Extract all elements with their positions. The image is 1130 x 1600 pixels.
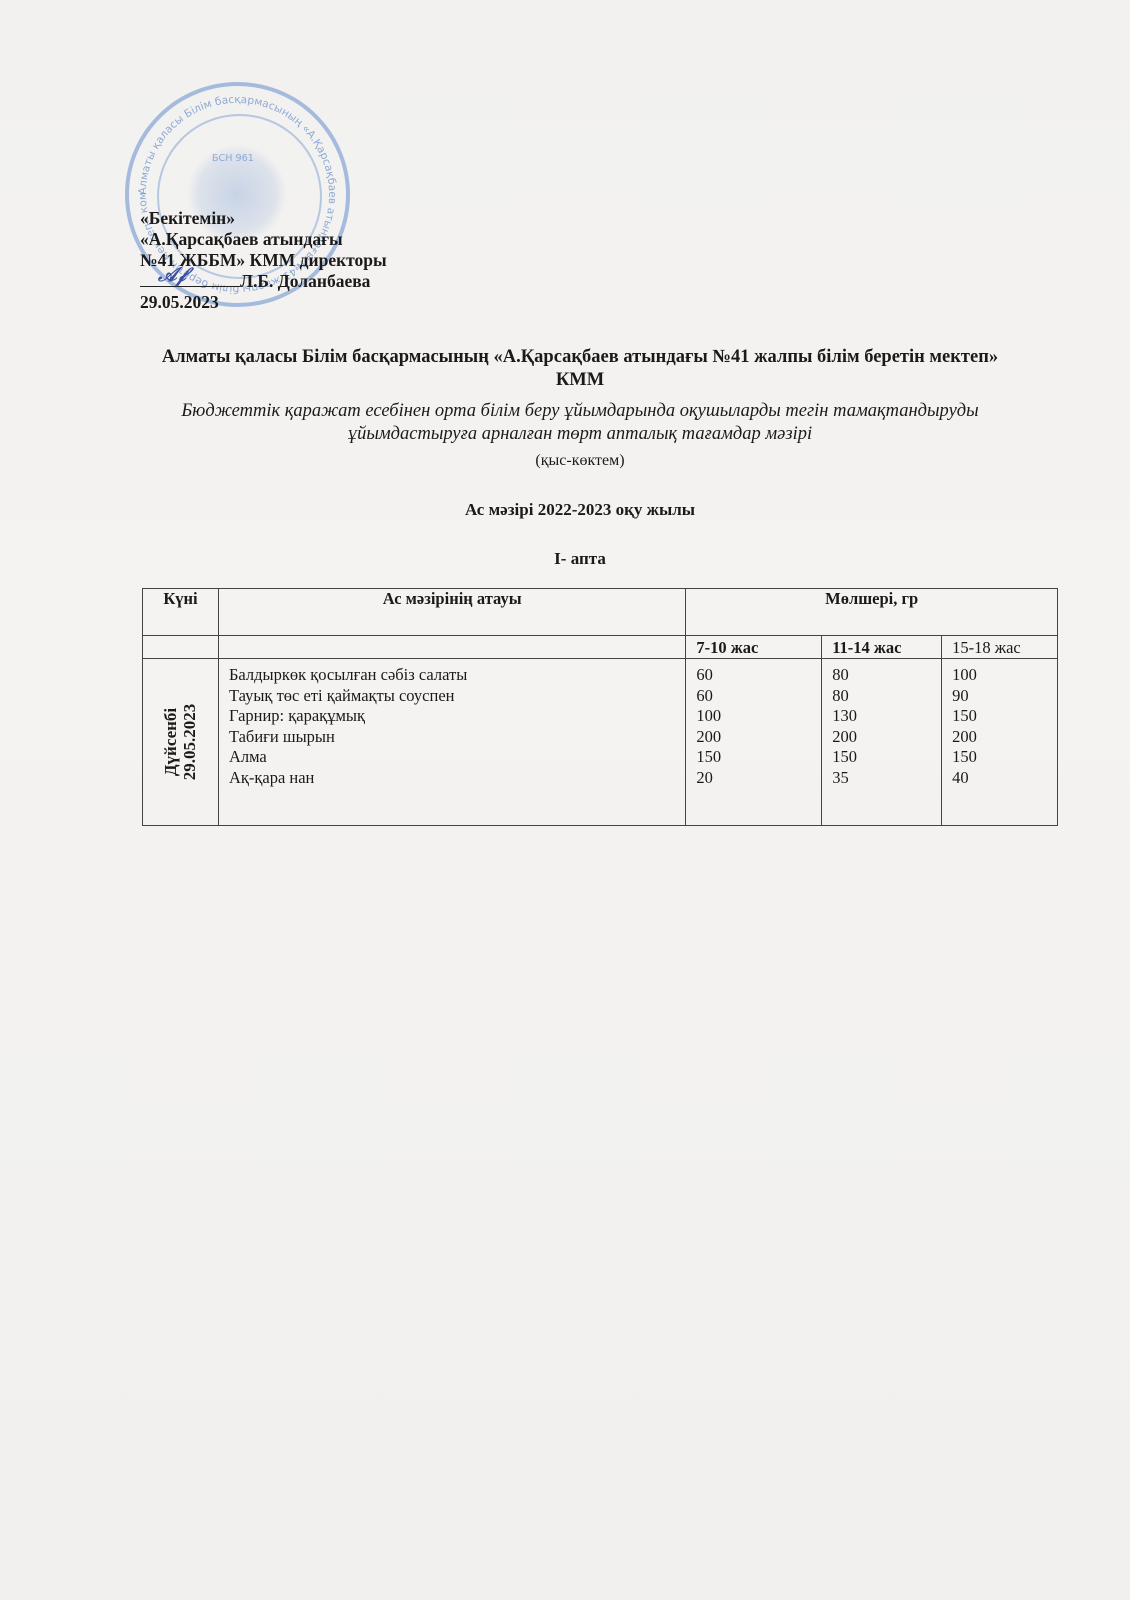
empty-cell <box>143 636 219 659</box>
table-row: Дүйсенбі 29.05.2023 Балдыркөк қосылған с… <box>143 659 1058 826</box>
amount-value: 200 <box>832 727 941 748</box>
column-header-amount: Мөлшері, гр <box>686 589 1058 636</box>
signature: 𝒜𝒻 <box>140 272 240 287</box>
amount-value: 80 <box>832 665 941 686</box>
amount-value: 60 <box>696 686 821 707</box>
amount-value: 130 <box>832 706 941 727</box>
amount-value: 150 <box>952 747 1057 768</box>
age-group-7-10: 7-10 жас <box>686 636 822 659</box>
age-group-15-18: 15-18 жас <box>942 636 1058 659</box>
approval-block: «Бекітемін» «А.Қарсақбаев атындағы №41 Ж… <box>140 208 387 313</box>
academic-year-title: Ас мәзірі 2022-2023 оқу жылы <box>140 500 1020 520</box>
amount-value: 100 <box>952 665 1057 686</box>
organization-title: Алматы қаласы Білім басқармасының «А.Қар… <box>140 346 1020 392</box>
approval-title: «Бекітемін» <box>140 208 387 229</box>
table-subheader-row: 7-10 жас 11-14 жас 15-18 жас <box>143 636 1058 659</box>
amounts-15-18-cell: 100 90 150 200 150 40 <box>942 659 1058 826</box>
amount-value: 200 <box>952 727 1057 748</box>
signatory-name: Л.Б. Доланбаева <box>240 271 370 291</box>
amount-value: 40 <box>952 768 1057 789</box>
day-name: Дүйсенбі <box>161 704 180 781</box>
age-group-11-14: 11-14 жас <box>822 636 942 659</box>
week-label: І- апта <box>140 549 1020 569</box>
amount-value: 150 <box>832 747 941 768</box>
day-cell: Дүйсенбі 29.05.2023 <box>143 659 219 826</box>
dish-item: Гарнир: қарақұмық <box>229 706 685 727</box>
svg-text:БСН 961: БСН 961 <box>212 153 254 164</box>
amount-value: 200 <box>696 727 821 748</box>
approval-signature-line: 𝒜𝒻Л.Б. Доланбаева <box>140 271 387 292</box>
amounts-7-10-cell: 60 60 100 200 150 20 <box>686 659 822 826</box>
dish-item: Табиғи шырын <box>229 727 685 748</box>
menu-subtitle: Бюджеттік қаражат есебінен орта білім бе… <box>140 400 1020 446</box>
amount-value: 20 <box>696 768 821 789</box>
approval-school: «А.Қарсақбаев атындағы <box>140 229 387 250</box>
dish-item: Алма <box>229 747 685 768</box>
amount-value: 150 <box>696 747 821 768</box>
dish-item: Ақ-қара нан <box>229 768 685 789</box>
column-header-menu: Ас мәзірінің атауы <box>218 589 685 636</box>
document-page: Алматы қаласы Білім басқармасының «А.Қар… <box>0 0 1130 1600</box>
amounts-11-14-cell: 80 80 130 200 150 35 <box>822 659 942 826</box>
amount-value: 150 <box>952 706 1057 727</box>
dish-item: Балдыркөк қосылған сәбіз салаты <box>229 665 685 686</box>
dishes-cell: Балдыркөк қосылған сәбіз салаты Тауық тө… <box>218 659 685 826</box>
amount-value: 60 <box>696 665 821 686</box>
column-header-day: Күні <box>143 589 219 636</box>
approval-date: 29.05.2023 <box>140 292 387 313</box>
amount-value: 35 <box>832 768 941 789</box>
dish-item: Тауық төс еті қаймақты соуспен <box>229 686 685 707</box>
amount-value: 100 <box>696 706 821 727</box>
signature-scribble-icon: 𝒜𝒻 <box>158 264 186 285</box>
menu-table: Күні Ас мәзірінің атауы Мөлшері, гр 7-10… <box>142 588 1058 826</box>
amount-value: 80 <box>832 686 941 707</box>
amount-value: 90 <box>952 686 1057 707</box>
table-header-row: Күні Ас мәзірінің атауы Мөлшері, гр <box>143 589 1058 636</box>
day-date: 29.05.2023 <box>180 704 199 781</box>
season-label: (қыс-көктем) <box>140 452 1020 470</box>
empty-cell <box>218 636 685 659</box>
